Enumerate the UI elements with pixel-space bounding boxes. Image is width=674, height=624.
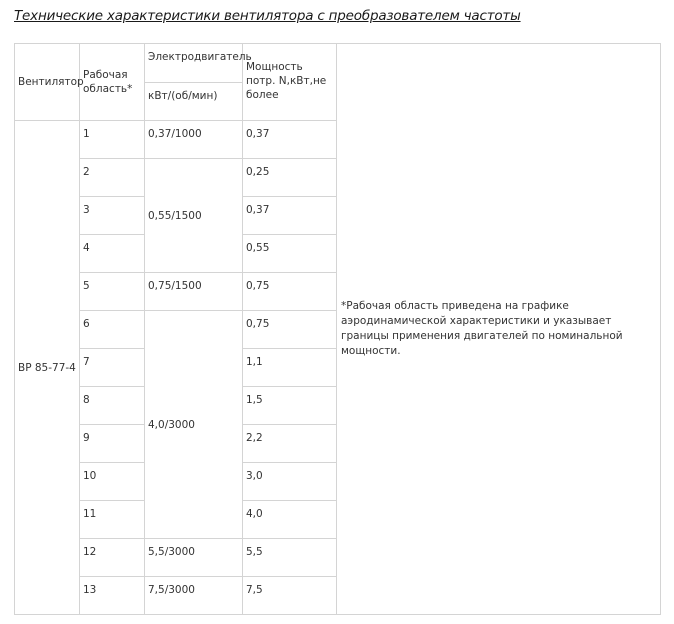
power-cell: 0,37 — [243, 121, 337, 159]
work-area-cell: 3 — [80, 197, 145, 235]
work-area-cell: 6 — [80, 311, 145, 349]
fan-spec-table: Вентилятор Рабочая область* Электродвига… — [14, 43, 661, 615]
page-title: Технические характеристики вентилятора с… — [14, 8, 521, 24]
work-area-cell: 5 — [80, 273, 145, 311]
footnote-cell: *Рабочая область приведена на графике аэ… — [337, 44, 661, 615]
work-area-cell: 12 — [80, 539, 145, 577]
motor-cell: 0,55/1500 — [145, 159, 243, 273]
motor-cell: 0,75/1500 — [145, 273, 243, 311]
power-cell: 0,75 — [243, 273, 337, 311]
power-cell: 1,1 — [243, 349, 337, 387]
power-cell: 0,55 — [243, 235, 337, 273]
fan-model-cell: ВР 85-77-4 — [15, 121, 80, 615]
power-cell: 5,5 — [243, 539, 337, 577]
motor-cell: 7,5/3000 — [145, 577, 243, 615]
motor-cell: 5,5/3000 — [145, 539, 243, 577]
power-cell: 1,5 — [243, 387, 337, 425]
header-motor: Электродвигатель — [145, 44, 243, 83]
power-cell: 2,2 — [243, 425, 337, 463]
power-cell: 7,5 — [243, 577, 337, 615]
work-area-cell: 10 — [80, 463, 145, 501]
work-area-cell: 7 — [80, 349, 145, 387]
power-cell: 0,75 — [243, 311, 337, 349]
header-fan: Вентилятор — [15, 44, 80, 121]
power-cell: 0,25 — [243, 159, 337, 197]
work-area-cell: 2 — [80, 159, 145, 197]
work-area-cell: 1 — [80, 121, 145, 159]
header-power: Мощность потр. N,кВт,не более — [243, 44, 337, 121]
work-area-cell: 9 — [80, 425, 145, 463]
work-area-cell: 4 — [80, 235, 145, 273]
header-row: Вентилятор Рабочая область* Электродвига… — [15, 44, 661, 83]
work-area-cell: 8 — [80, 387, 145, 425]
header-work-area: Рабочая область* — [80, 44, 145, 121]
power-cell: 4,0 — [243, 501, 337, 539]
power-cell: 0,37 — [243, 197, 337, 235]
work-area-cell: 11 — [80, 501, 145, 539]
motor-cell: 4,0/3000 — [145, 311, 243, 539]
motor-cell: 0,37/1000 — [145, 121, 243, 159]
work-area-cell: 13 — [80, 577, 145, 615]
power-cell: 3,0 — [243, 463, 337, 501]
header-motor-unit: кВт/(об/мин) — [145, 83, 243, 121]
